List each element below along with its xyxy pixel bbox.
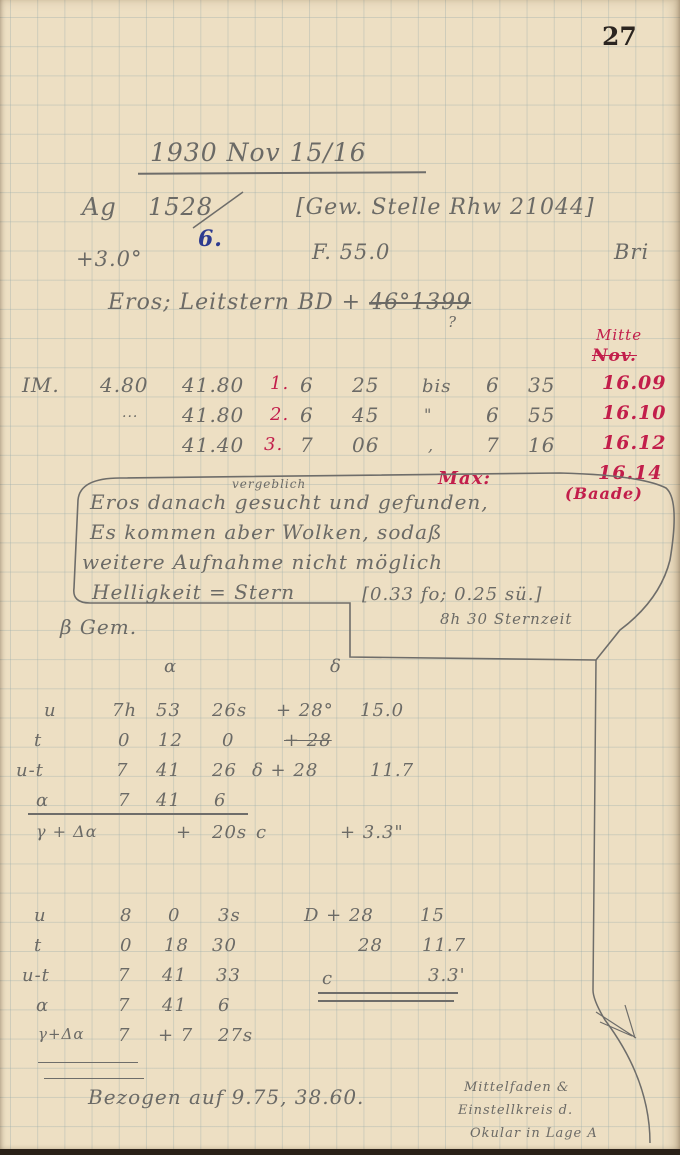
note-insertion: vergeblich: [232, 477, 306, 491]
exposure-separator: ": [424, 405, 432, 424]
calc-cell: 27s: [218, 1025, 253, 1046]
calc-cell: 41: [156, 760, 181, 781]
exposure-start-minute: 06: [352, 433, 379, 457]
side-note-line: Okular in Lage A: [470, 1126, 598, 1141]
calc-cell: 41: [162, 965, 187, 986]
exposure-start-minute: 25: [352, 373, 379, 397]
page-bottom-edge: [0, 1149, 680, 1155]
calc-cell: D + 28: [304, 905, 374, 926]
calc-cell: 26: [212, 760, 237, 781]
calc-cell: 41: [162, 995, 187, 1016]
calc-cell: 11.7: [422, 935, 466, 956]
calc1-sum-line: [28, 813, 248, 815]
calc-cell: 18: [164, 935, 189, 956]
exposure-row-label: IM.: [22, 373, 60, 397]
date-header: 1930 Nov 15/16: [150, 138, 367, 167]
calc-cell: 0: [118, 730, 130, 751]
notebook-page: 27 1930 Nov 15/16 Ag 1528 6. [Gew. Stell…: [0, 0, 680, 1155]
calc-cell: 7h: [112, 700, 137, 721]
calc2-bottom-line: [38, 1062, 138, 1063]
calc-cell: 20s: [212, 822, 247, 843]
calc-row-label: u: [44, 700, 57, 721]
query-mark: ?: [448, 313, 457, 331]
exposure-end-minute: 16: [528, 433, 555, 457]
calc-cell: 0: [168, 905, 180, 926]
calc-cell: 0: [222, 730, 234, 751]
calc-result-label: γ + Δα: [36, 822, 98, 841]
plate-number-digits: 1528: [148, 193, 213, 221]
calc-row-label: t: [34, 935, 42, 956]
column-header-alpha: α: [164, 656, 177, 677]
exposure-mitte: 16.12: [602, 432, 667, 454]
max-note: (Baade): [565, 484, 643, 503]
target-line: Eros; Leitstern BD + 46°1399: [108, 290, 471, 315]
struck-star-number: 46°1399: [369, 290, 471, 315]
calc-cell: + 7: [158, 1025, 193, 1046]
plate-reference: [Gew. Stelle Rhw 21044]: [296, 195, 595, 220]
exposure-end-hour: 6: [486, 373, 500, 397]
exposure-start-hour: 6: [300, 373, 314, 397]
calc-row-label: α: [36, 790, 49, 811]
struck-header: Nov.: [592, 346, 637, 366]
exposure-start-hour: 6: [300, 403, 314, 427]
star-label: β Gem.: [60, 615, 137, 639]
max-value: 16.14: [598, 462, 663, 484]
calc-row-label: t: [34, 730, 42, 751]
observer-initials: Bri: [614, 240, 649, 264]
exposure-start-hour: 7: [300, 433, 314, 457]
calc-cell: 28: [358, 935, 383, 956]
calc2-sum-line: [318, 992, 458, 994]
calc-cell: 8: [120, 905, 132, 926]
sidereal-time: 8h 30 Sternzeit: [440, 610, 572, 628]
exposure-number: 2.: [270, 404, 289, 425]
note-line: Es kommen aber Wolken, sodaß: [90, 520, 442, 544]
calc2-bottom-line-2: [44, 1078, 144, 1079]
calc-cell: 33: [216, 965, 241, 986]
calc-row-label: u-t: [16, 760, 44, 781]
exposure-end-hour: 7: [486, 433, 500, 457]
calc-cell: + 3.3": [340, 822, 404, 843]
calc2-sum-line-double: [318, 1000, 454, 1002]
calc-cell: + 28°: [276, 700, 334, 721]
exposure-separator: bis: [422, 376, 452, 397]
calc-cell: 7: [118, 790, 130, 811]
calc-cell: 53: [156, 700, 181, 721]
exposure-setting: 41.80: [182, 403, 244, 427]
brightness-bracket: [0.33 fo; 0.25 sü.]: [362, 584, 542, 605]
column-header-delta: δ: [330, 656, 342, 677]
calc-cell: δ + 28: [252, 760, 318, 781]
plate-number-original: 1528: [148, 193, 213, 221]
calc-cell: +: [176, 822, 192, 843]
calc-cell: 26s: [212, 700, 247, 721]
note-line: weitere Aufnahme nicht möglich: [82, 550, 443, 574]
exposure-number: 3.: [264, 434, 283, 455]
exposure-separator: ,: [428, 436, 434, 455]
calc-cell: 7: [118, 995, 130, 1016]
calc-cell: 15.0: [360, 700, 404, 721]
exposure-end-minute: 35: [528, 373, 555, 397]
calc-cell: 6: [214, 790, 226, 811]
calc-cell: 7: [116, 760, 128, 781]
calc-cell: c: [322, 968, 333, 989]
plate-number-correction: 6.: [198, 226, 223, 252]
target-text: Eros; Leitstern BD +: [108, 290, 361, 315]
plate-strike-mark: [0, 0, 680, 1155]
calc-cell: 30: [212, 935, 237, 956]
calc-cell: 41: [156, 790, 181, 811]
exposure-end-hour: 6: [486, 403, 500, 427]
calc-cell: 7: [118, 1025, 130, 1046]
exposure-mitte: 16.10: [602, 402, 667, 424]
focus-value: F. 55.0: [312, 240, 390, 264]
plate-label: Ag: [82, 193, 117, 221]
page-number: 27: [602, 22, 637, 51]
exposure-start-minute: 45: [352, 403, 379, 427]
calc-cell: 6: [218, 995, 230, 1016]
calc-row-label: α: [36, 995, 49, 1016]
temperature: +3.0°: [76, 247, 143, 271]
calc-result-label: γ+Δα: [38, 1025, 85, 1043]
exposure-setting: 41.80: [182, 373, 244, 397]
side-note-line: Mittelfaden &: [464, 1080, 569, 1095]
calc-row-label: u-t: [22, 965, 50, 986]
side-note-line: Einstellkreis d.: [458, 1103, 573, 1118]
exposure-end-minute: 55: [528, 403, 555, 427]
exposure-setting: 41.40: [182, 433, 244, 457]
calc-cell: 12: [158, 730, 183, 751]
calc-cell: 3.3': [428, 965, 466, 986]
footer-reference: Bezogen auf 9.75, 38.60.: [88, 1085, 364, 1109]
calc-cell: 11.7: [370, 760, 414, 781]
exposure-number: 1.: [270, 373, 289, 394]
note-box-outline: [0, 0, 680, 1155]
calc-cell-struck: + 28: [284, 730, 332, 751]
calc-cell: c: [256, 822, 267, 843]
calc-cell: 3s: [218, 905, 241, 926]
note-line: Eros danach gesucht und gefunden,: [90, 490, 489, 514]
exposure-mitte: 16.09: [602, 372, 667, 394]
calc-cell: 0: [120, 935, 132, 956]
calc-cell: 7: [118, 965, 130, 986]
calc-row-label: u: [34, 905, 47, 926]
note-line: Helligkeit = Stern: [92, 580, 295, 604]
ditto-dots: ...: [122, 405, 138, 421]
max-label: Max:: [438, 468, 491, 489]
mitte-header: Mitte: [596, 326, 642, 344]
date-underline: [138, 171, 426, 174]
exposure-row-value: 4.80: [100, 373, 149, 397]
calc-cell: 15: [420, 905, 445, 926]
